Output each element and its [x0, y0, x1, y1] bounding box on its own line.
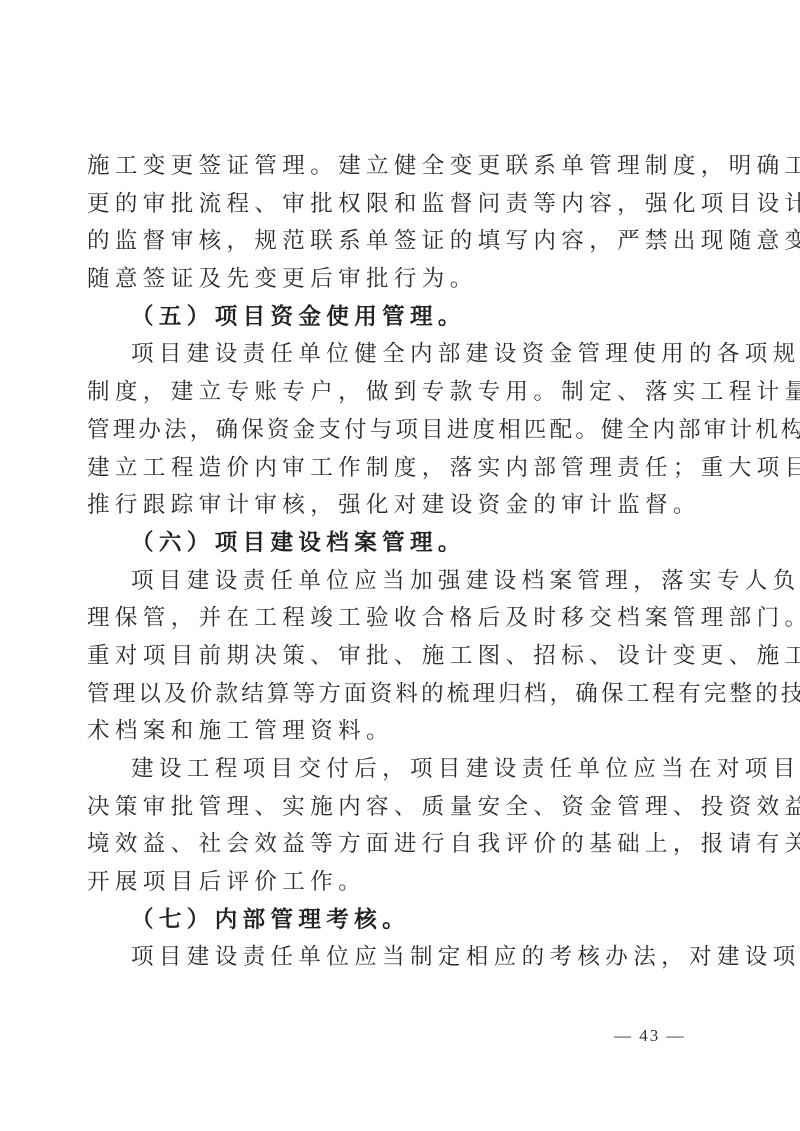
body-line: 建设工程项目交付后，项目建设责任单位应当在对项目前期: [87, 751, 705, 789]
body-line: 重对项目前期决策、审批、施工图、招标、设计变更、施工现场: [87, 638, 705, 676]
body-line: 的监督审核，规范联系单签证的填写内容，严禁出现随意变更、: [87, 223, 705, 261]
section-heading-5: （五）项目资金使用管理。: [87, 299, 705, 337]
body-line: 境效益、社会效益等方面进行自我评价的基础上，报请有关部门: [87, 826, 705, 864]
body-line: 随意签证及先变更后审批行为。: [87, 261, 705, 299]
body-line: 施工变更签证管理。建立健全变更联系单管理制度，明确工程变: [87, 148, 705, 186]
body-line: 更的审批流程、审批权限和监督问责等内容，强化项目设计变更: [87, 186, 705, 224]
section-heading-6: （六）项目建设档案管理。: [87, 525, 705, 563]
body-line: 理保管，并在工程竣工验收合格后及时移交档案管理部门。要注: [87, 600, 705, 638]
document-page: 施工变更签证管理。建立健全变更联系单管理制度，明确工程变 更的审批流程、审批权限…: [87, 148, 705, 977]
body-line: 项目建设责任单位应当加强建设档案管理，落实专人负责整: [87, 563, 705, 601]
body-line: 推行跟踪审计审核，强化对建设资金的审计监督。: [87, 487, 705, 525]
body-line: 术档案和施工管理资料。: [87, 713, 705, 751]
body-line: 管理办法，确保资金支付与项目进度相匹配。健全内部审计机构，: [87, 412, 705, 450]
scan-artifact: [300, 4, 318, 12]
body-line: 开展项目后评价工作。: [87, 864, 705, 902]
body-line: 建立工程造价内审工作制度，落实内部管理责任；重大项目必须: [87, 450, 705, 488]
section-heading-7: （七）内部管理考核。: [87, 902, 705, 940]
body-line: 管理以及价款结算等方面资料的梳理归档，确保工程有完整的技: [87, 676, 705, 714]
body-line: 项目建设责任单位健全内部建设资金管理使用的各项规章: [87, 336, 705, 374]
body-line: 决策审批管理、实施内容、质量安全、资金管理、投资效益、环: [87, 789, 705, 827]
page-number: — 43 —: [614, 1026, 686, 1046]
body-line: 制度，建立专账专户，做到专款专用。制定、落实工程计量支付: [87, 374, 705, 412]
body-line: 项目建设责任单位应当制定相应的考核办法，对建设项目的: [87, 939, 705, 977]
